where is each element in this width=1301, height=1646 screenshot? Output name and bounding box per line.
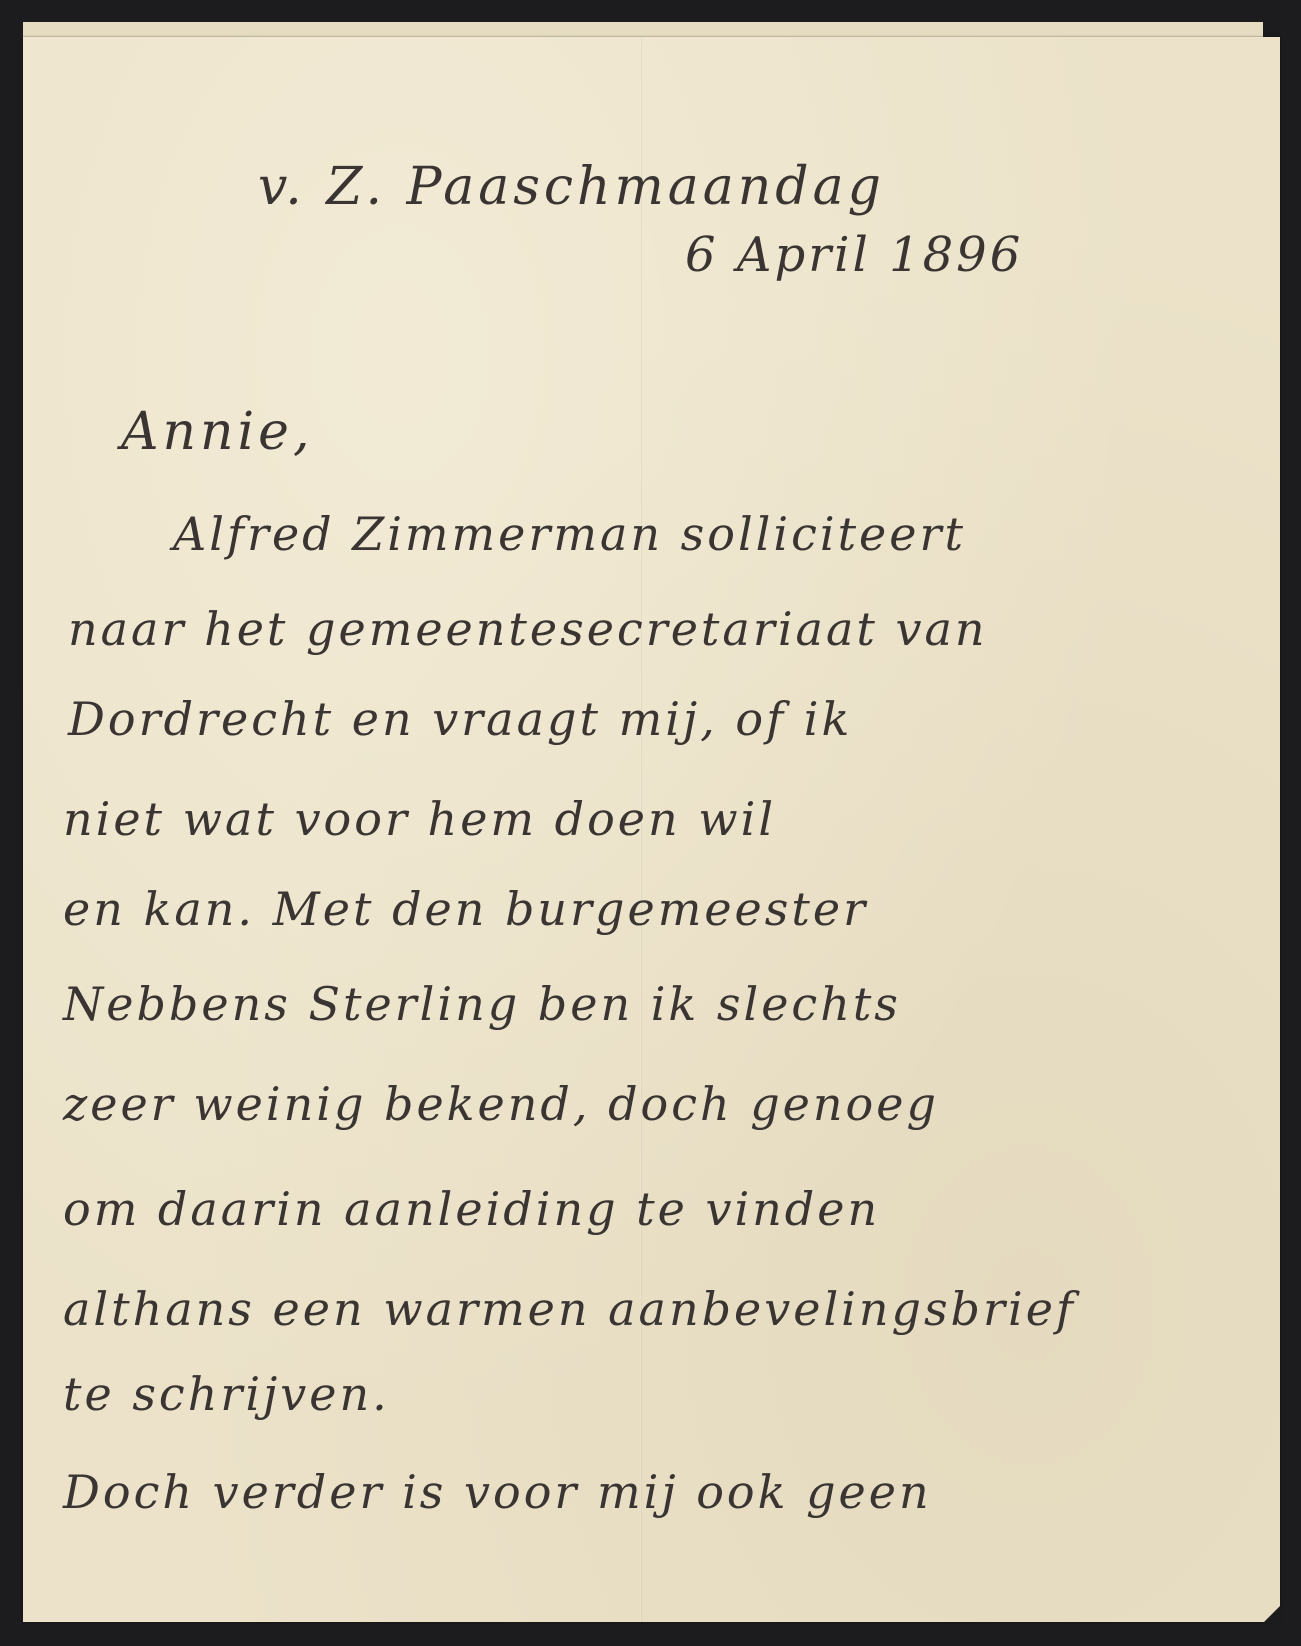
body-line: Nebbens Sterling ben ik slechts: [63, 977, 901, 1031]
place-date-line: v. Z. Paaschmaandag: [258, 157, 885, 217]
letter-page: v. Z. Paaschmaandag 6 April 1896 Annie, …: [23, 37, 1280, 1622]
body-line: naar het gemeentesecretariaat van: [68, 602, 988, 656]
body-line: niet wat voor hem doen wil: [63, 792, 776, 846]
body-line: Alfred Zimmerman solliciteert: [173, 507, 966, 561]
body-line: om daarin aanleiding te vinden: [63, 1182, 880, 1236]
body-line: zeer weinig bekend, doch genoeg: [63, 1077, 939, 1131]
body-line: en kan. Met den burgemeester: [63, 882, 868, 936]
body-line: te schrijven.: [63, 1367, 390, 1421]
body-line: althans een warmen aanbevelingsbrief: [63, 1282, 1076, 1336]
salutation: Annie,: [121, 402, 313, 462]
body-line: Dordrecht en vraagt mij, of ik: [68, 692, 852, 746]
torn-corner: [1263, 1605, 1281, 1623]
date-line: 6 April 1896: [685, 227, 1023, 283]
body-line: Doch verder is voor mij ook geen: [63, 1465, 932, 1519]
